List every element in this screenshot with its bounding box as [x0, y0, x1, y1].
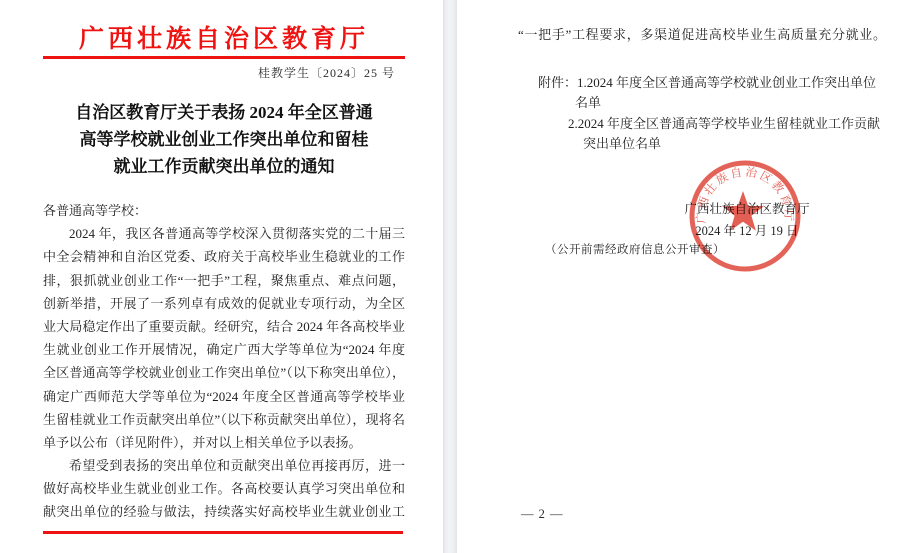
signer-name: 广西壮族自治区教育厅 [683, 199, 811, 221]
document-page-1: 广西壮族自治区教育厅 桂教学生〔2024〕25 号 自治区教育厅关于表扬 202… [0, 0, 443, 553]
continuation-line: “一把手”工程要求，多渠道促进高校毕业生高质量充分就业。 [518, 25, 886, 45]
body-line: 2024 年，我区各普通高等学校深入贯彻落实党的二十届三 [43, 222, 405, 245]
attachment-line: 名单 [575, 93, 888, 113]
salutation-line: 各普通高等学校： [43, 199, 405, 222]
body-line: 希望受到表扬的突出单位和贡献突出单位再接再厉，进一步 [43, 454, 405, 477]
signature-block: 广西壮族自治区教育厅 2024 年 12 月 19 日 [683, 199, 811, 242]
body-line: 生留桂就业工作贡献突出单位”（以下称贡献突出单位），现将名 [43, 408, 405, 431]
attachment-line: 附件：1.2024 年度全区普通高等学校就业创业工作突出单位 [538, 73, 888, 93]
signature-date: 2024 年 12 月 19 日 [683, 221, 811, 243]
body-line: 中全会精神和自治区党委、政府关于高校毕业生稳就业的工作安 [43, 245, 405, 268]
body-line: 献突出单位的经验与做法，持续落实好高校毕业生就业创业工作 [43, 500, 405, 523]
body-line: 单予以公布（详见附件），并对以上相关单位予以表扬。 [43, 431, 405, 454]
notice-title-line: 自治区教育厅关于表扬 2024 年全区普通 [43, 99, 405, 126]
agency-letterhead: 广西壮族自治区教育厅 [43, 19, 405, 55]
notice-body: 各普通高等学校： 2024 年，我区各普通高等学校深入贯彻落实党的二十届三 中全… [43, 199, 405, 524]
page-divider [443, 0, 457, 553]
attachment-line: 突出单位名单 [583, 134, 888, 154]
body-line: 确定广西师范大学等单位为“2024 年度全区普通高等学校毕业 [43, 385, 405, 408]
body-line: 做好高校毕业生就业创业工作。各高校要认真学习突出单位和贡 [43, 477, 405, 500]
doc-number: 桂教学生〔2024〕25 号 [43, 64, 395, 81]
body-line: 全区普通高等学校就业创业工作突出单位”（以下称突出单位）， [43, 361, 405, 384]
letterhead-separator-line [43, 56, 405, 59]
document-page-2: “一把手”工程要求，多渠道促进高校毕业生高质量充分就业。 附件：1.2024 年… [457, 0, 900, 553]
attachment-list: 附件：1.2024 年度全区普通高等学校就业创业工作突出单位 名单 2.2024… [518, 73, 888, 155]
body-line: 生就业创业工作开展情况，确定广西大学等单位为“2024 年度 [43, 338, 405, 361]
notice-title-line: 高等学校就业创业工作突出单位和留桂 [43, 126, 405, 153]
body-line: 业大局稳定作出了重要贡献。经研究，结合 2024 年各高校毕业 [43, 315, 405, 338]
document-viewer: 广西壮族自治区教育厅 桂教学生〔2024〕25 号 自治区教育厅关于表扬 202… [0, 0, 900, 553]
body-line: 创新举措，开展了一系列卓有成效的促就业专项行动，为全区就 [43, 292, 405, 315]
body-line: 排，狠抓就业创业工作“一把手”工程，聚焦重点、难点问题， [43, 269, 405, 292]
notice-title: 自治区教育厅关于表扬 2024 年全区普通 高等学校就业创业工作突出单位和留桂 … [43, 99, 405, 180]
page-footer-line [43, 531, 403, 534]
notice-title-line: 就业工作贡献突出单位的通知 [43, 153, 405, 180]
attachment-line: 2.2024 年度全区普通高等学校毕业生留桂就业工作贡献 [568, 114, 888, 134]
disclosure-review-note: （公开前需经政府信息公开审查） [545, 241, 725, 257]
page-number: — 2 — [521, 507, 564, 522]
